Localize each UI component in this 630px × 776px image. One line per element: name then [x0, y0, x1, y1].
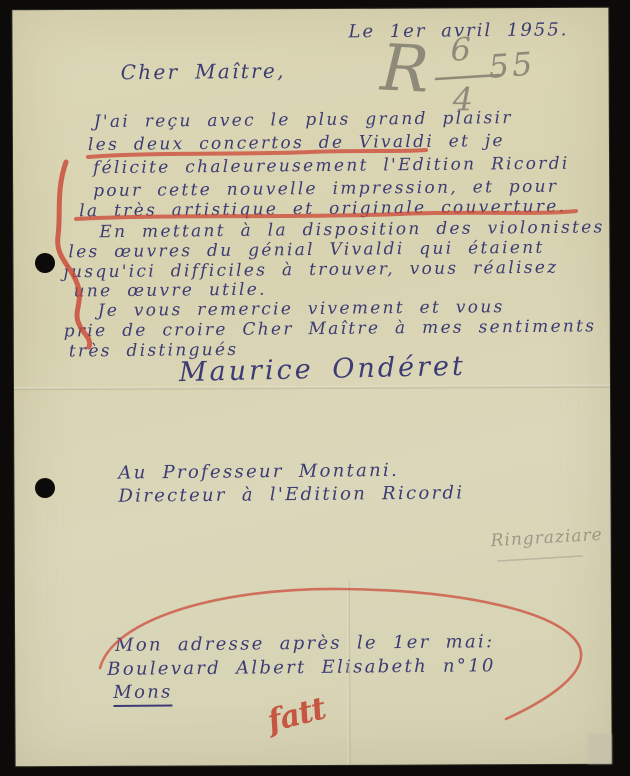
address-note-line: Mon adresse après le 1er mai:: [115, 631, 494, 656]
signature: Maurice Ondéret: [179, 351, 466, 388]
scanned-letter-page: Le 1er avril 1955. Cher Maître, R 6 4 55…: [0, 0, 630, 776]
body-line: prie de croire Cher Maître à mes sentime…: [64, 316, 597, 341]
body-line: J'ai reçu avec le plus grand plaisir: [94, 108, 513, 132]
fold-crease-vertical: [347, 581, 351, 765]
letter-paper: Le 1er avril 1955. Cher Maître, R 6 4 55…: [12, 8, 611, 767]
body-line: jusqu'ici difficiles à trouver, vous réa…: [63, 258, 558, 283]
salutation: Cher Maître,: [121, 59, 286, 85]
body-line: les deux concertos de Vivaldi et je: [88, 131, 505, 155]
address-note-city: Mons: [113, 681, 173, 703]
filing-mark-letter: R: [379, 31, 431, 107]
body-line: une œuvre utile.: [73, 280, 266, 302]
filing-mark-year: 55: [487, 44, 536, 85]
fold-crease-horizontal: [14, 385, 610, 391]
underlined-city: Mons: [113, 681, 173, 707]
recipient-line: Directeur à l'Edition Ricordi: [118, 482, 464, 506]
address-note-line: Boulevard Albert Elisabeth n°10: [107, 655, 496, 680]
recipient-line: Au Professeur Montani.: [118, 460, 399, 484]
body-line: félicite chaleureusement l'Edition Ricor…: [93, 154, 570, 179]
filing-mark-numerator: 6: [450, 30, 471, 68]
corner-stain: [588, 734, 612, 764]
pencil-office-note: Ringraziare: [490, 525, 603, 551]
red-done-note: fatt: [264, 690, 329, 739]
